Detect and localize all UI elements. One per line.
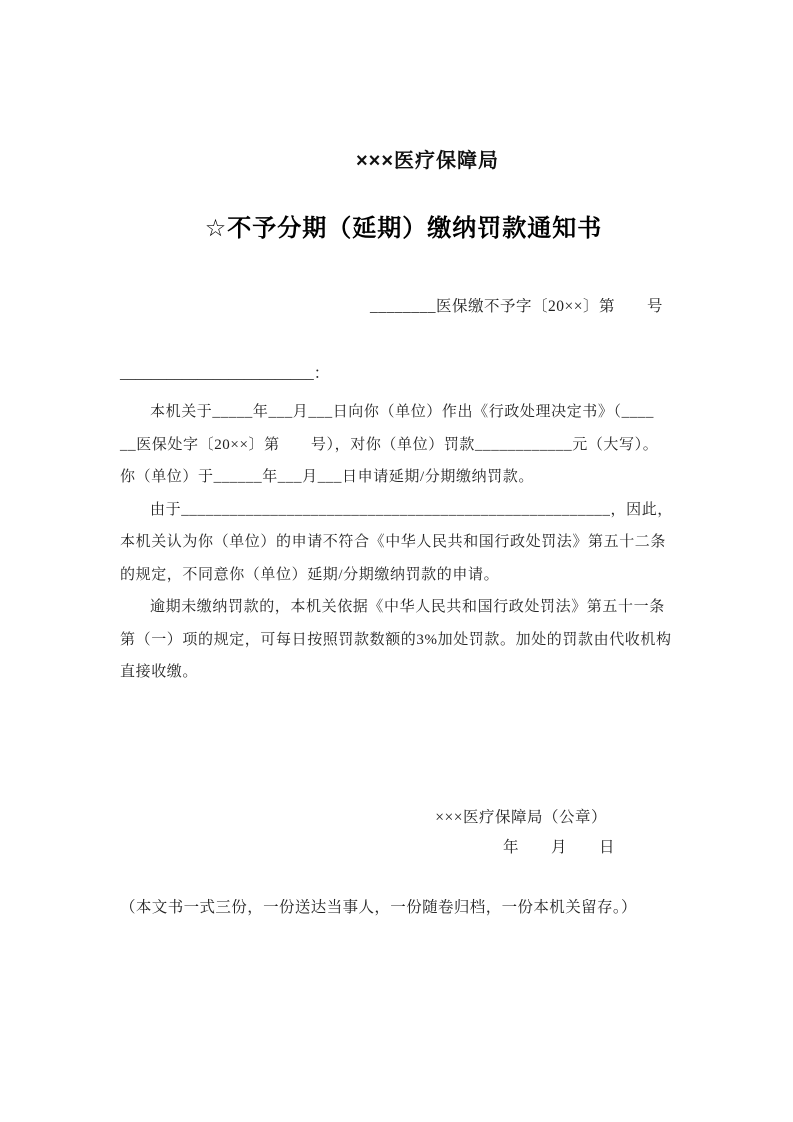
paragraph-line: 第（一）项的规定，可每日按照罚款数额的3%加处罚款。加处的罚款由代收机构 (120, 624, 675, 657)
paragraph-decision-issued: 本机关于_____年___月___日向你（单位）作出《行政处理决定书》（____… (120, 396, 675, 494)
paragraph-line: 本机关认为你（单位）的申请不符合《中华人民共和国行政处罚法》第五十二条 (120, 526, 675, 559)
paragraph-line: __医保处字〔20××〕第 号），对你（单位）罚款____________元（大… (120, 429, 675, 462)
paragraph-late-penalty: 逾期未缴纳罚款的，本机关依据《中华人民共和国行政处罚法》第五十一条 第（一）项的… (120, 591, 675, 689)
document-body: 本机关于_____年___月___日向你（单位）作出《行政处理决定书》（____… (120, 396, 675, 689)
paragraph-line: 你（单位）于______年___月___日申请延期/分期缴纳罚款。 (120, 461, 675, 494)
doc-number-line: ________医保缴不予字〔20××〕第 号 (120, 296, 675, 318)
document-page: ×××医疗保障局 ☆不予分期（延期）缴纳罚款通知书 ________医保缴不予字… (0, 0, 793, 1122)
paragraph-line: 本机关于_____年___月___日向你（单位）作出《行政处理决定书》（____ (120, 396, 675, 429)
paragraph-refusal-reason: 由于______________________________________… (120, 494, 675, 592)
footer-note: （本文书一式三份，一份送达当事人，一份随卷归档，一份本机关留存。） (120, 897, 675, 919)
addressee-line: _________________________： (120, 362, 675, 386)
signature-line: ×××医疗保障局（公章） (120, 802, 675, 834)
date-line: 年 月 日 (120, 837, 675, 859)
paragraph-line: 逾期未缴纳罚款的，本机关依据《中华人民共和国行政处罚法》第五十一条 (120, 591, 675, 624)
doc-title: ☆不予分期（延期）缴纳罚款通知书 (126, 212, 681, 246)
paragraph-line: 的规定，不同意你（单位）延期/分期缴纳罚款的申请。 (120, 559, 675, 592)
paragraph-line: 直接收缴。 (120, 656, 675, 689)
paragraph-line: 由于______________________________________… (120, 494, 675, 527)
org-title: ×××医疗保障局 (150, 146, 705, 176)
